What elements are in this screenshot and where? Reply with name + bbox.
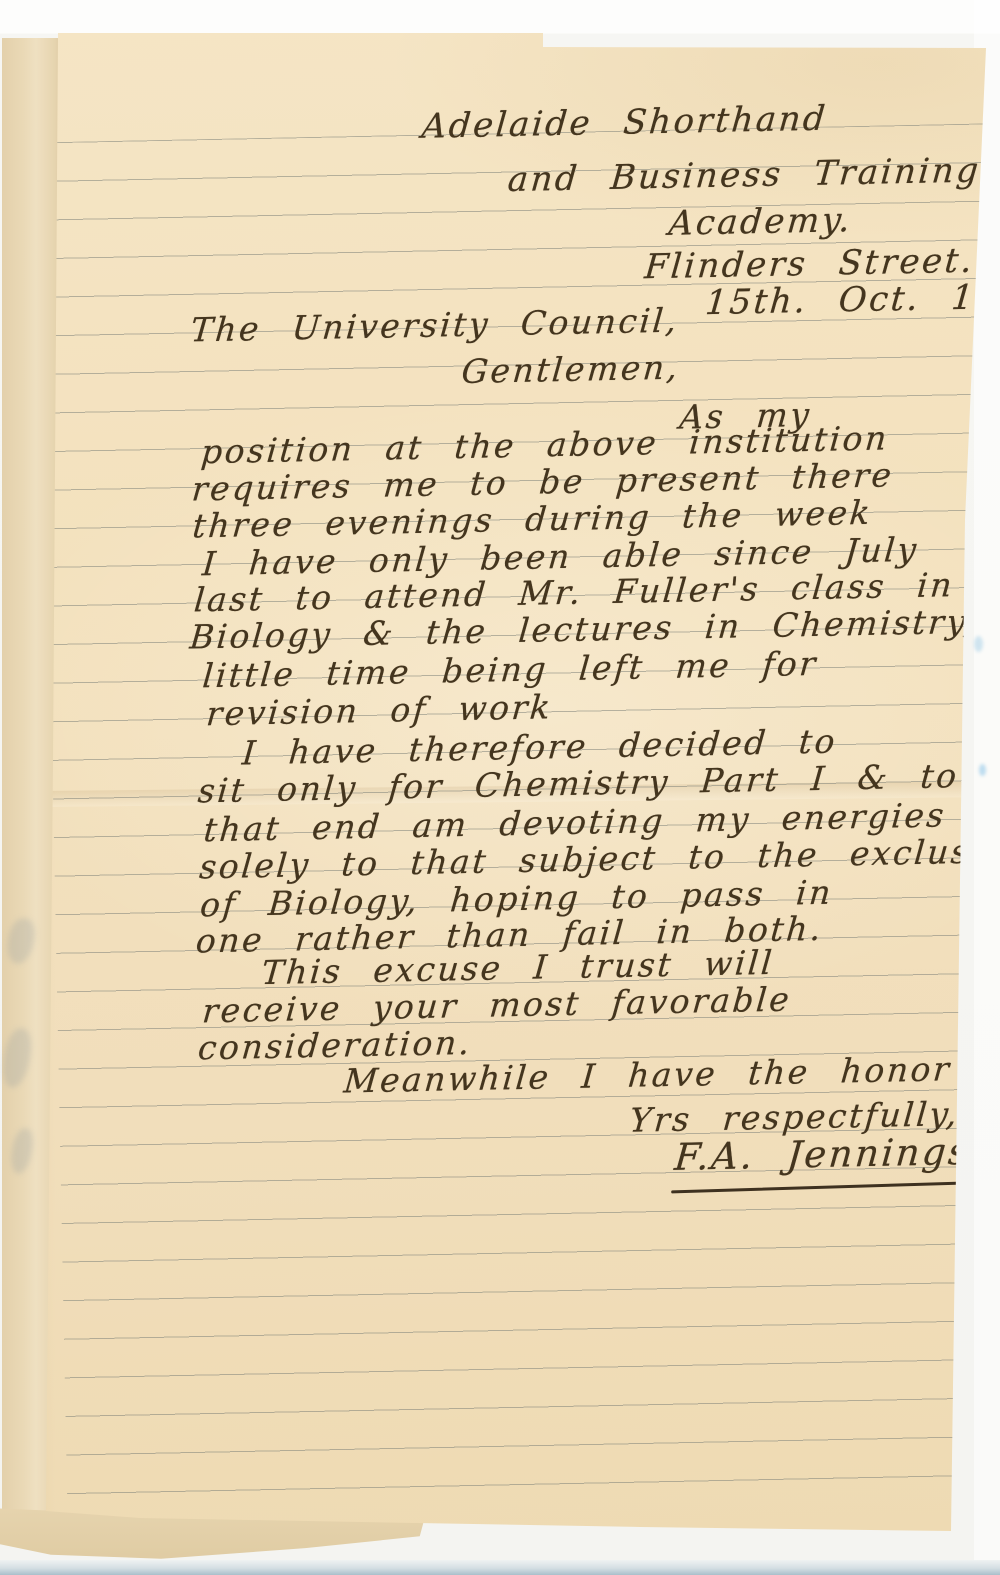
letterhead-line: Academy.	[667, 200, 854, 244]
signature: F.A. Jennings.	[673, 1130, 986, 1179]
salutation-line: Gentlemen,	[460, 348, 681, 391]
letter-page: Adelaide Shorthand and Business Training…	[0, 0, 1000, 1575]
letterhead-line: Adelaide Shorthand	[420, 99, 829, 147]
scan-artifact	[979, 764, 986, 776]
scanned-letter-stage: Adelaide Shorthand and Business Training…	[0, 0, 1000, 1575]
ink-bleedthrough-mark	[9, 1127, 35, 1175]
scanner-background	[974, 0, 1000, 1575]
scan-artifact	[974, 636, 983, 652]
body-line: revision of work	[205, 687, 554, 733]
letter-content: Adelaide Shorthand and Business Training…	[0, 0, 1000, 1575]
ink-bleedthrough-mark	[5, 916, 37, 965]
scanner-edge-band	[0, 1560, 1000, 1575]
ink-bleedthrough-mark	[0, 1026, 34, 1089]
date-line: 15th. Oct. 1900.	[704, 276, 1000, 323]
